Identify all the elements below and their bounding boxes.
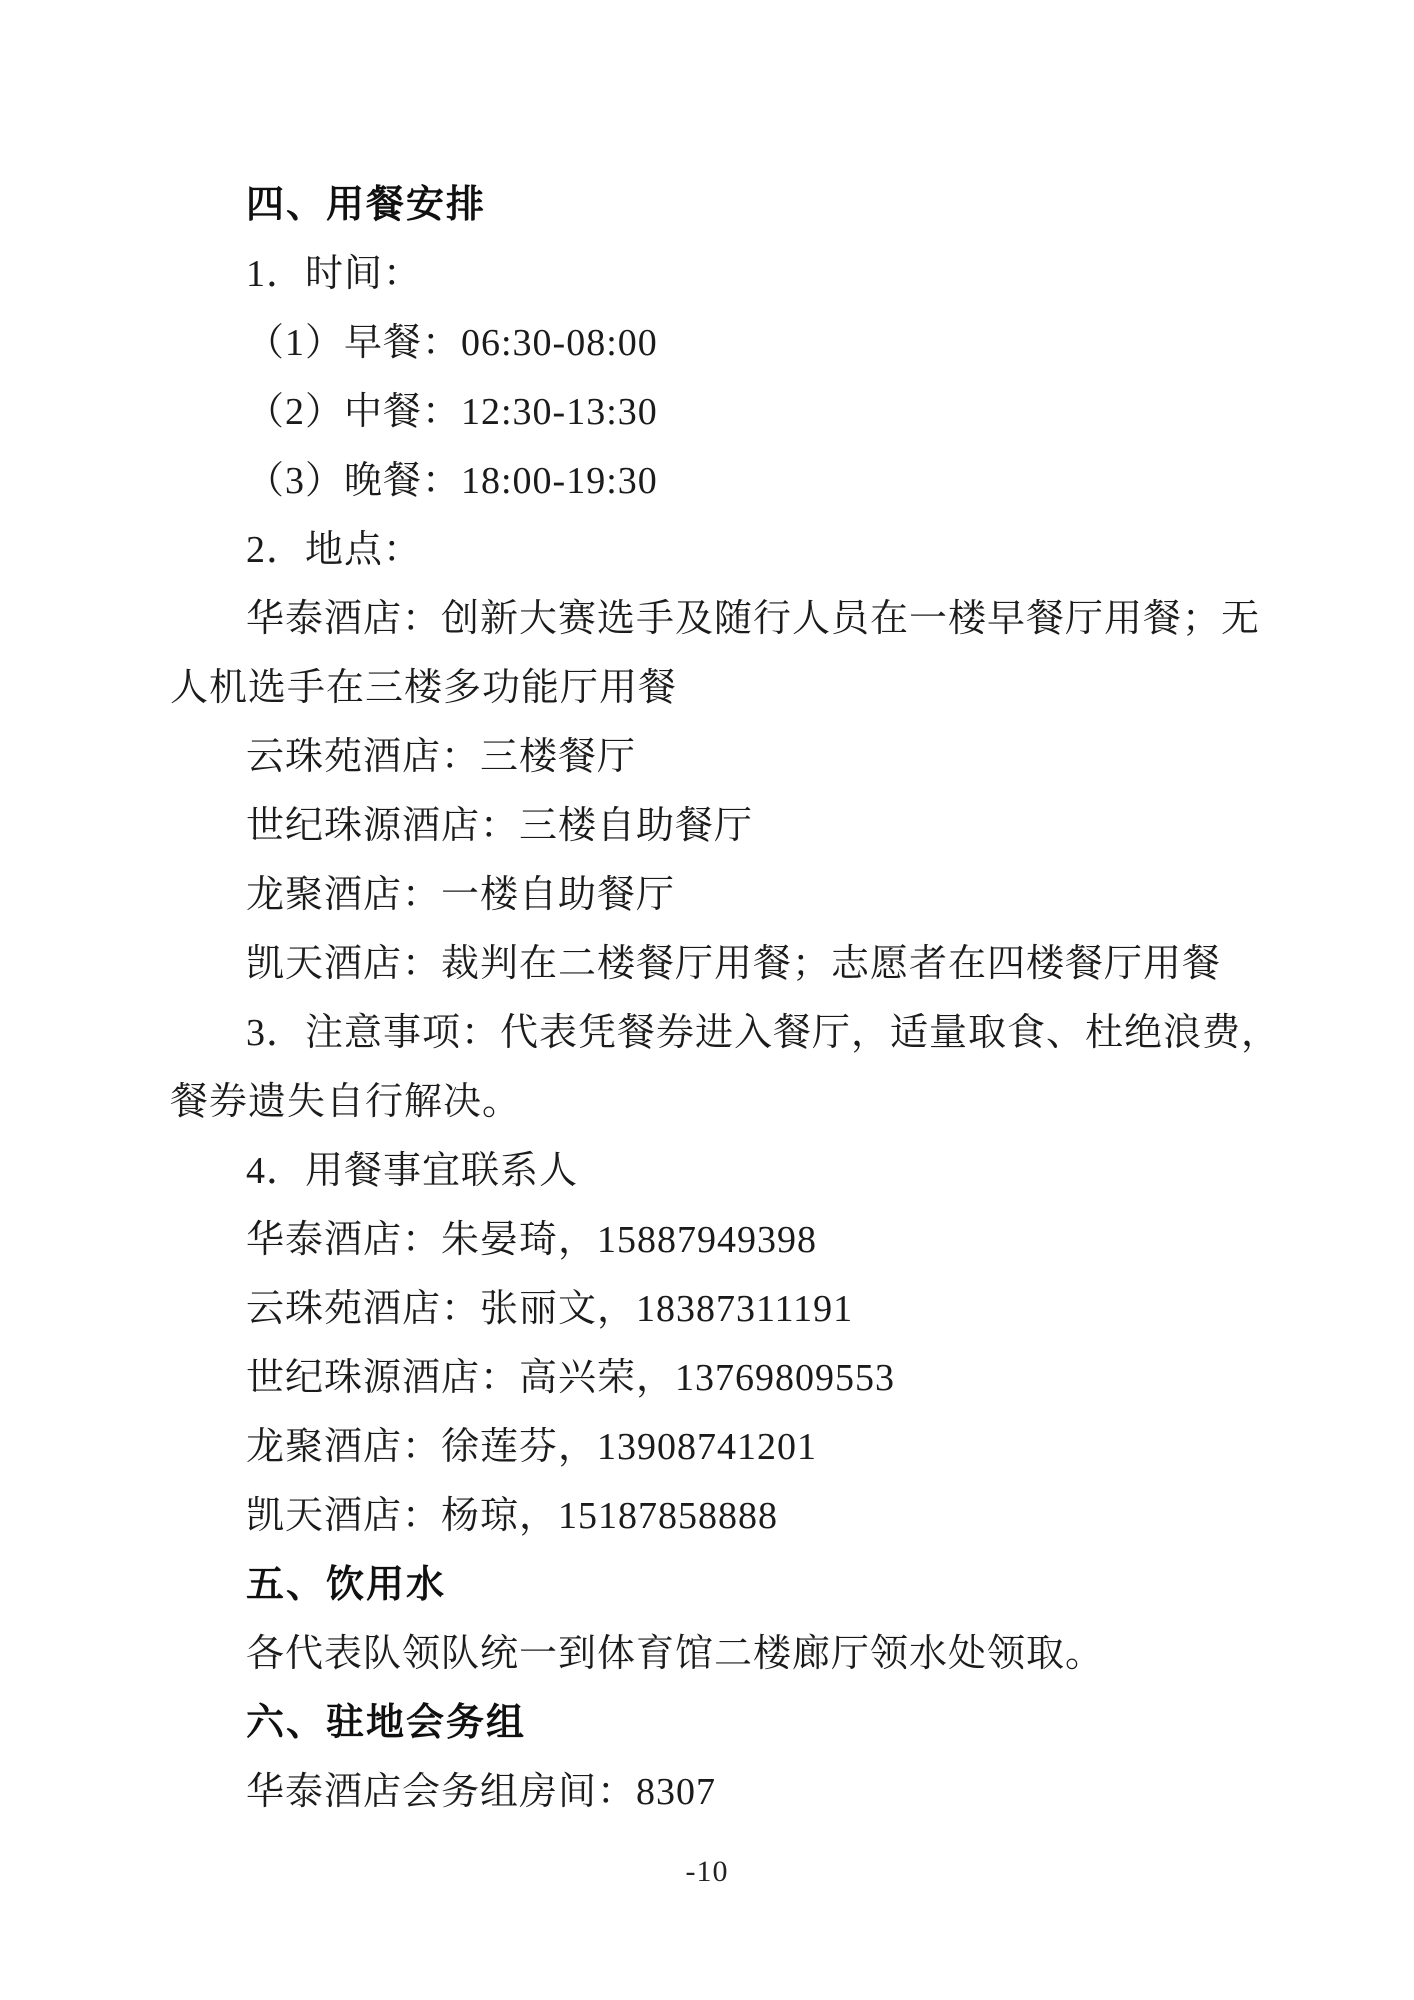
line-huatai-hotel-location-1: 华泰酒店：创新大赛选手及随行人员在一楼早餐厅用餐；无 [170, 585, 1246, 654]
line-conference-group-room: 华泰酒店会务组房间：8307 [170, 1758, 1246, 1827]
line-longju-contact: 龙聚酒店：徐莲芬，13908741201 [170, 1413, 1246, 1482]
page-number: -10 [0, 1852, 1414, 1892]
line-contacts-label: 4．用餐事宜联系人 [170, 1137, 1246, 1206]
heading-section-6-conference-group: 六、驻地会务组 [170, 1689, 1246, 1758]
line-huatai-hotel-location-2: 人机选手在三楼多功能厅用餐 [170, 654, 1246, 723]
line-notes-1: 3．注意事项：代表凭餐券进入餐厅，适量取食、杜绝浪费， [170, 999, 1246, 1068]
line-water-pickup-info: 各代表队领队统一到体育馆二楼廊厅领水处领取。 [170, 1620, 1246, 1689]
line-yunzhuyuan-hotel-location: 云珠苑酒店：三楼餐厅 [170, 723, 1246, 792]
line-yunzhuyuan-contact: 云珠苑酒店：张丽文，18387311191 [170, 1275, 1246, 1344]
line-huatai-contact: 华泰酒店：朱晏琦，15887949398 [170, 1206, 1246, 1275]
heading-section-4-dining: 四、用餐安排 [170, 171, 1246, 240]
heading-section-5-drinking-water: 五、饮用水 [170, 1551, 1246, 1620]
page-content: 四、用餐安排 1．时间： （1）早餐：06:30-08:00 （2）中餐：12:… [170, 171, 1246, 1827]
line-location-label: 2．地点： [170, 516, 1246, 585]
line-kaitian-hotel-location: 凯天酒店：裁判在二楼餐厅用餐；志愿者在四楼餐厅用餐 [170, 930, 1246, 999]
line-shijizhuyuan-contact: 世纪珠源酒店：高兴荣，13769809553 [170, 1344, 1246, 1413]
line-time-label: 1．时间： [170, 240, 1246, 309]
line-lunch-time: （2）中餐：12:30-13:30 [170, 378, 1246, 447]
line-breakfast-time: （1）早餐：06:30-08:00 [170, 309, 1246, 378]
line-shijizhuyuan-hotel-location: 世纪珠源酒店：三楼自助餐厅 [170, 792, 1246, 861]
line-kaitian-contact: 凯天酒店：杨琼，15187858888 [170, 1482, 1246, 1551]
line-notes-2: 餐券遗失自行解决。 [170, 1068, 1246, 1137]
document-page: 四、用餐安排 1．时间： （1）早餐：06:30-08:00 （2）中餐：12:… [0, 0, 1414, 2000]
line-dinner-time: （3）晚餐：18:00-19:30 [170, 447, 1246, 516]
line-longju-hotel-location: 龙聚酒店：一楼自助餐厅 [170, 861, 1246, 930]
